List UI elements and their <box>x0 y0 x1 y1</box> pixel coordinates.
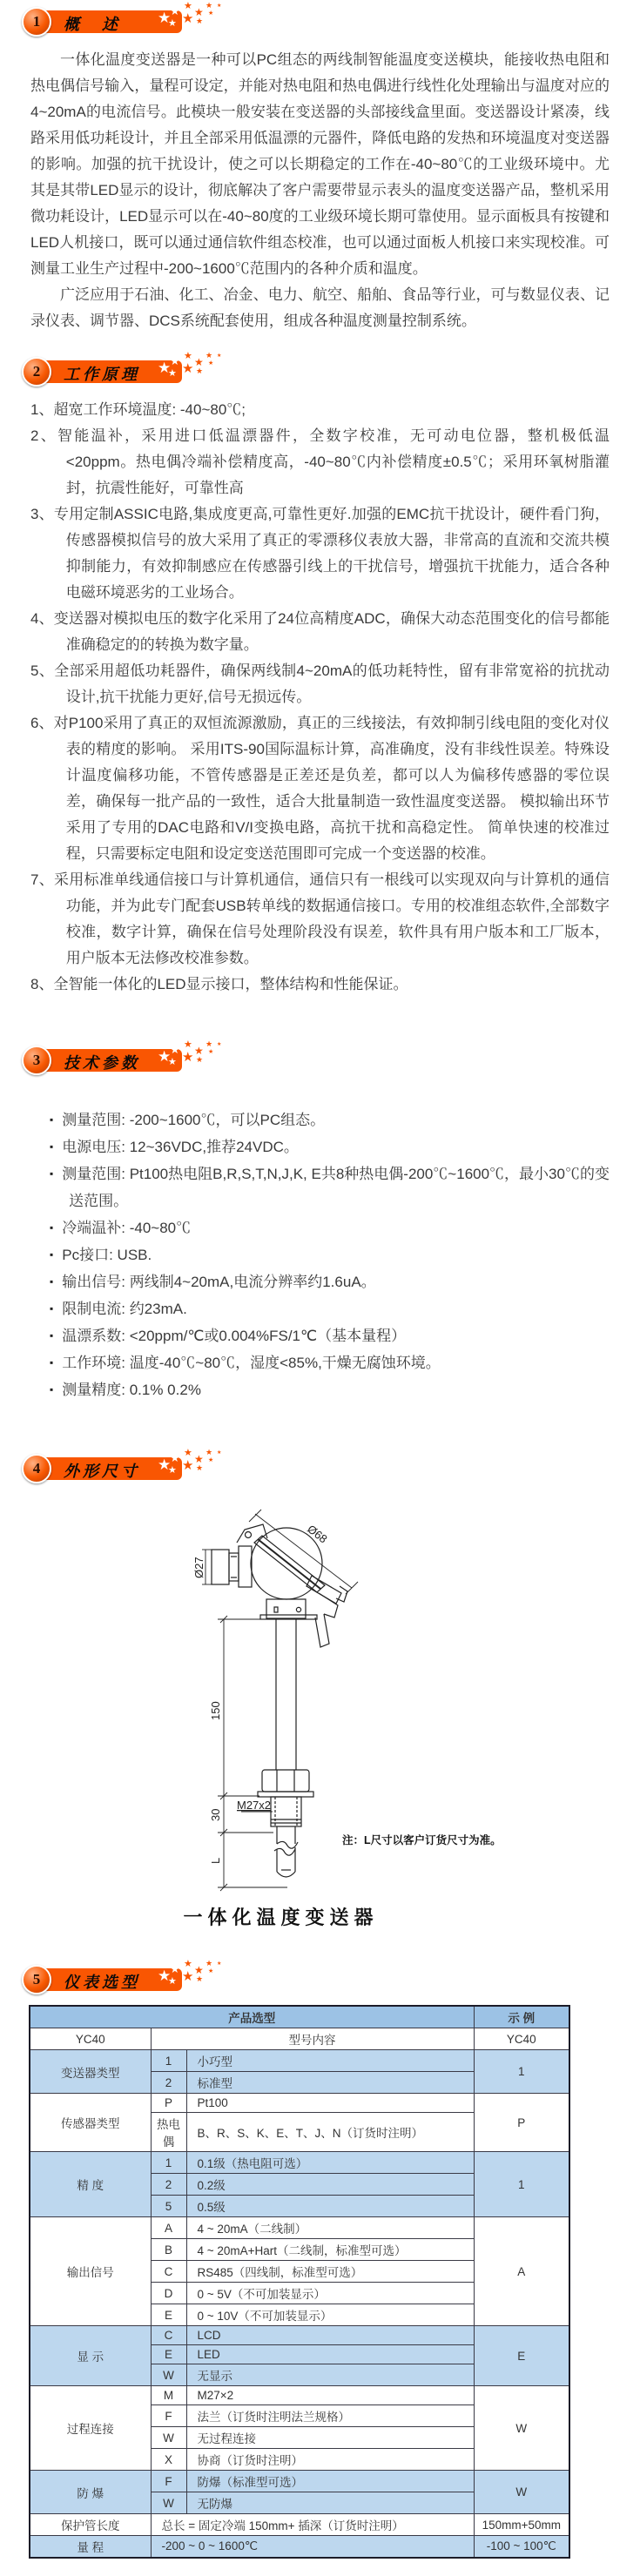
group-example: A <box>474 2217 569 2326</box>
section-header-overview: 1 概 述 ★ ★ ★ ★ ★ ★ ★ ★ ★ ★ <box>25 7 610 37</box>
option-code: A <box>151 2217 186 2239</box>
option-desc: LED <box>186 2345 474 2364</box>
option-desc: B、R、S、K、E、T、J、N（订货时注明） <box>186 2113 474 2152</box>
section-title: 仪表选型 <box>64 1970 140 1993</box>
option-desc: Pt100 <box>186 2094 474 2113</box>
option-desc: 0 ~ 10V（不可加装显示） <box>186 2304 474 2326</box>
option-desc: 小巧型 <box>186 2050 474 2072</box>
length-row-desc: 总长 = 固定冷端 150mm+ 插深（订货时注明） <box>151 2514 474 2536</box>
option-code: P <box>151 2094 186 2113</box>
star-icon: ★ <box>170 1044 180 1055</box>
section-number: 2 <box>33 363 41 380</box>
table-row: 量 程 -200 ~ 0 ~ 1600℃ -100 ~ 100℃ <box>30 2536 569 2559</box>
range-row-name: 量 程 <box>30 2536 151 2559</box>
model-example: YC40 <box>474 2028 569 2050</box>
section-number: 1 <box>33 13 41 30</box>
dim-label-L: L <box>209 1858 222 1864</box>
option-code: 1 <box>151 2050 186 2072</box>
group-name: 精 度 <box>30 2152 151 2217</box>
bullet-icon: ▪ <box>50 1248 53 1261</box>
group-name: 防 爆 <box>30 2471 151 2514</box>
option-code: B <box>151 2239 186 2261</box>
option-code: C <box>151 2326 186 2345</box>
principle-item: 7、采用标准单线通信接口与计算机通信，通信只有一根线可以实现双向与计算机的通信功… <box>30 867 610 972</box>
spec-item: ▪测量精度: 0.1% 0.2% <box>50 1376 610 1403</box>
option-desc: M27×2 <box>186 2386 474 2405</box>
option-code: 5 <box>151 2196 186 2217</box>
option-code: E <box>151 2345 186 2364</box>
spec-list: ▪测量范围: -200~1600℃，可以PC组态。 ▪电源电压: 12~36VD… <box>50 1106 610 1403</box>
section-number-badge: 4 <box>22 1454 51 1483</box>
table-row: 传感器类型 P Pt100 P <box>30 2094 569 2113</box>
table-row: 输出信号 A 4 ~ 20mA（二线制） A <box>30 2217 569 2239</box>
star-icon: ★ <box>217 3 221 9</box>
star-icon: ★ <box>205 352 212 360</box>
spec-text: 输出信号: 两线制4~20mA,电流分辨率约1.6uA。 <box>62 1274 375 1290</box>
option-code: F <box>151 2405 186 2427</box>
star-icon: ★ <box>208 1457 213 1463</box>
star-icon: ★ <box>196 17 203 25</box>
spec-item: ▪Pc接口: USB. <box>50 1241 610 1268</box>
dim-label-150: 150 <box>209 1701 222 1720</box>
section-number: 4 <box>33 1460 41 1477</box>
spec-text: 测量精度: 0.1% 0.2% <box>62 1382 201 1398</box>
group-example: P <box>474 2094 569 2152</box>
section-title: 技术参数 <box>64 1051 140 1073</box>
bullet-icon: ▪ <box>50 1329 53 1342</box>
group-example: 1 <box>474 2152 569 2217</box>
star-icon: ★ <box>170 1963 180 1974</box>
star-icon: ★ <box>168 1466 177 1476</box>
star-icon: ★ <box>170 355 180 367</box>
group-example: 1 <box>474 2050 569 2094</box>
principle-item: 6、对P100采用了真正的双恒流源激励，真正的三线接法，有效抑制引线电阻的变化对… <box>30 710 610 867</box>
principle-item: 3、专用定制ASSIC电路,集成度更高,可靠性更好.加强的EMC抗干扰设计，硬件… <box>30 501 610 606</box>
option-code: 1 <box>151 2152 186 2174</box>
drawing-note: 注：L尺寸以客户订货尺寸为准。 <box>342 1833 502 1846</box>
dim-label-head-diameter: Ø68 <box>305 1523 330 1546</box>
group-name: 输出信号 <box>30 2217 151 2326</box>
spec-text: 工作环境: 温度-40℃~80℃，湿度<85%,干燥无腐蚀环境。 <box>62 1355 441 1371</box>
option-desc: 4 ~ 20mA（二线制） <box>186 2217 474 2239</box>
group-name: 变送器类型 <box>30 2050 151 2094</box>
option-code: M <box>151 2386 186 2405</box>
option-desc: 协商（订货时注明） <box>186 2449 474 2471</box>
spec-item: ▪电源电压: 12~36VDC,推荐24VDC。 <box>50 1133 610 1160</box>
star-icon: ★ <box>208 360 213 367</box>
spec-item: ▪输出信号: 两线制4~20mA,电流分辨率约1.6uA。 <box>50 1268 610 1295</box>
star-icon: ★ <box>205 2 212 10</box>
section-number: 5 <box>33 1971 41 1988</box>
section-number-badge: 5 <box>22 1965 51 1994</box>
star-cluster-icon: ★ ★ ★ ★ ★ ★ ★ ★ ★ ★ <box>156 353 252 388</box>
table-row: 过程连接 M M27×2 W <box>30 2386 569 2405</box>
option-code: C <box>151 2261 186 2283</box>
transmitter-outline-drawing: Ø68 Ø27 150 30 L M27x2 注：L尺寸以客户订货尺寸为准。 <box>30 1496 610 1898</box>
star-icon: ★ <box>184 1960 192 1969</box>
star-icon: ★ <box>170 1452 180 1463</box>
group-name: 过程连接 <box>30 2386 151 2471</box>
star-icon: ★ <box>196 1975 203 1983</box>
section-number-badge: 3 <box>22 1046 51 1075</box>
star-icon: ★ <box>168 1058 177 1067</box>
star-icon: ★ <box>217 1042 221 1047</box>
star-icon: ★ <box>170 5 180 17</box>
table-row: 显 示 C LCD E <box>30 2326 569 2345</box>
star-icon: ★ <box>182 362 193 375</box>
section-number: 3 <box>33 1052 41 1069</box>
option-desc: 无过程连接 <box>186 2427 474 2449</box>
option-desc: 法兰（订货时注明法兰规格） <box>186 2405 474 2427</box>
spec-item: ▪测量范围: -200~1600℃，可以PC组态。 <box>50 1106 610 1133</box>
overview-paragraph-2: 广泛应用于石油、化工、冶金、电力、航空、船舶、食品等行业，可与数显仪表、记录仪表… <box>30 282 610 334</box>
star-icon: ★ <box>205 1960 212 1967</box>
spec-item: ▪冷端温补: -40~80℃ <box>50 1214 610 1241</box>
selection-table: 产品选型 示 例 YC40 型号内容 YC40 变送器类型 1 小巧型 1 2 … <box>29 2005 570 2559</box>
table-row: 产品选型 示 例 <box>30 2006 569 2028</box>
star-icon: ★ <box>205 1040 212 1048</box>
table-row: 变送器类型 1 小巧型 1 <box>30 2050 569 2072</box>
overview-paragraph-1: 一体化温度变送器是一种可以PC组态的两线制智能温度变送模块，能接收热电阻和热电偶… <box>30 47 610 282</box>
length-row-name: 保护管长度 <box>30 2514 151 2536</box>
bullet-icon: ▪ <box>50 1140 53 1153</box>
option-desc: RS485（四线制，标准型可选） <box>186 2261 474 2283</box>
star-icon: ★ <box>184 2 192 11</box>
star-icon: ★ <box>182 1970 193 1983</box>
principle-item: 4、变送器对模拟电压的数字化采用了24位高精度ADC，确保大动态范围变化的信号都… <box>30 606 610 658</box>
bullet-icon: ▪ <box>50 1356 53 1369</box>
group-example: W <box>474 2471 569 2514</box>
star-icon: ★ <box>196 1464 203 1472</box>
table-row: 防 爆 F 防爆（标准型可选） W <box>30 2471 569 2492</box>
star-icon: ★ <box>184 352 192 361</box>
spec-item: ▪测量范围: Pt100热电阻B,R,S,T,N,J,K, E共8种热电偶-20… <box>50 1160 610 1214</box>
principle-item: 5、全部采用超低功耗器件，确保两线制4~20mA的低功耗特性，留有非常宽裕的抗扰… <box>30 658 610 710</box>
option-code: E <box>151 2304 186 2326</box>
option-code: W <box>151 2427 186 2449</box>
spec-item: ▪温漂系数: <20ppm/℃或0.004%FS/1℃（基本量程） <box>50 1322 610 1349</box>
thread-label: M27x2 <box>237 1799 271 1812</box>
star-icon: ★ <box>205 1449 212 1456</box>
star-icon: ★ <box>168 369 177 379</box>
star-icon: ★ <box>168 19 177 29</box>
option-code: 2 <box>151 2174 186 2196</box>
option-desc: 防爆（标准型可选） <box>186 2471 474 2492</box>
star-icon: ★ <box>217 1450 221 1456</box>
option-desc: 标准型 <box>186 2072 474 2094</box>
option-desc: 0.1级（热电阻可选） <box>186 2152 474 2174</box>
model-code: YC40 <box>30 2028 151 2050</box>
option-desc: 0 ~ 5V（不可加装显示） <box>186 2283 474 2304</box>
option-code: X <box>151 2449 186 2471</box>
section-header-specs: 3 技术参数 ★ ★ ★ ★ ★ ★ ★ ★ ★ ★ <box>25 1046 610 1075</box>
option-desc: 4 ~ 20mA+Hart（二线制，标准型可选） <box>186 2239 474 2261</box>
spec-item: ▪限制电流: 约23mA. <box>50 1295 610 1322</box>
spec-text: 测量范围: Pt100热电阻B,R,S,T,N,J,K, E共8种热电偶-200… <box>62 1166 610 1209</box>
option-desc: 无防爆 <box>186 2492 474 2514</box>
section-header-principle: 2 工作原理 ★ ★ ★ ★ ★ ★ ★ ★ ★ ★ <box>25 357 610 387</box>
range-row-desc: -200 ~ 0 ~ 1600℃ <box>151 2536 474 2559</box>
star-icon: ★ <box>208 10 213 17</box>
star-icon: ★ <box>182 12 193 25</box>
bullet-icon: ▪ <box>50 1275 53 1288</box>
star-icon: ★ <box>184 1449 192 1458</box>
spec-text: 限制电流: 约23mA. <box>62 1301 187 1317</box>
range-row-example: -100 ~ 100℃ <box>474 2536 569 2559</box>
option-desc: 0.5级 <box>186 2196 474 2217</box>
bullet-icon: ▪ <box>50 1383 53 1396</box>
option-desc: LCD <box>186 2326 474 2345</box>
length-row-example: 150mm+50mm <box>474 2514 569 2536</box>
star-cluster-icon: ★ ★ ★ ★ ★ ★ ★ ★ ★ ★ <box>156 1042 252 1077</box>
star-icon: ★ <box>182 1459 193 1472</box>
example-header: 示 例 <box>474 2006 569 2028</box>
bullet-icon: ▪ <box>50 1167 53 1180</box>
drawing-caption: 一体化温度变送器 <box>30 1903 610 1930</box>
spec-item: ▪工作环境: 温度-40℃~80℃，湿度<85%,干燥无腐蚀环境。 <box>50 1349 610 1376</box>
dimension-drawing: Ø68 Ø27 150 30 L M27x2 注：L尺寸以客户订货尺寸为准。 一… <box>30 1496 610 1930</box>
group-example: E <box>474 2326 569 2386</box>
option-code: 2 <box>151 2072 186 2094</box>
bullet-icon: ▪ <box>50 1113 53 1126</box>
section-title: 概 述 <box>64 12 121 35</box>
dim-label-conn-diameter: Ø27 <box>192 1557 205 1578</box>
bullet-icon: ▪ <box>50 1302 53 1315</box>
group-example: W <box>474 2386 569 2471</box>
principle-item: 2、智能温补，采用进口低温漂器件，全数字校准，无可动电位器，整机极低温 <20p… <box>30 423 610 501</box>
star-icon: ★ <box>182 1051 193 1064</box>
star-icon: ★ <box>196 367 203 375</box>
star-icon: ★ <box>184 1040 192 1050</box>
star-icon: ★ <box>217 1961 221 1967</box>
spec-text: Pc接口: USB. <box>62 1247 152 1263</box>
datasheet-page: 1 概 述 ★ ★ ★ ★ ★ ★ ★ ★ ★ ★ 一体化温度变送器是一种可以P… <box>0 0 640 2576</box>
star-icon: ★ <box>208 1968 213 1974</box>
product-selection-header: 产品选型 <box>30 2006 474 2028</box>
section-number-badge: 1 <box>22 7 51 37</box>
dim-label-30: 30 <box>209 1809 222 1821</box>
table-row: YC40 型号内容 YC40 <box>30 2028 569 2050</box>
table-row: 保护管长度 总长 = 固定冷端 150mm+ 插深（订货时注明） 150mm+5… <box>30 2514 569 2536</box>
option-code: W <box>151 2492 186 2514</box>
star-cluster-icon: ★ ★ ★ ★ ★ ★ ★ ★ ★ ★ <box>156 1961 252 1996</box>
spec-text: 测量范围: -200~1600℃，可以PC组态。 <box>62 1112 325 1128</box>
option-desc: 0.2级 <box>186 2174 474 2196</box>
star-cluster-icon: ★ ★ ★ ★ ★ ★ ★ ★ ★ ★ <box>156 3 252 38</box>
option-code: W <box>151 2364 186 2386</box>
spec-text: 电源电压: 12~36VDC,推荐24VDC。 <box>62 1139 299 1155</box>
star-icon: ★ <box>208 1049 213 1055</box>
star-icon: ★ <box>217 353 221 359</box>
option-desc: 无显示 <box>186 2364 474 2386</box>
bullet-icon: ▪ <box>50 1221 53 1234</box>
option-code: D <box>151 2283 186 2304</box>
spec-text: 温漂系数: <20ppm/℃或0.004%FS/1℃（基本量程） <box>62 1328 406 1344</box>
section-title: 外形尺寸 <box>64 1459 140 1482</box>
group-name: 显 示 <box>30 2326 151 2386</box>
principle-list: 1、超宽工作环境温度: -40~80℃; 2、智能温补，采用进口低温漂器件，全数… <box>30 397 610 998</box>
star-cluster-icon: ★ ★ ★ ★ ★ ★ ★ ★ ★ ★ <box>156 1450 252 1485</box>
section-header-dimensions: 4 外形尺寸 ★ ★ ★ ★ ★ ★ ★ ★ ★ ★ <box>25 1454 610 1483</box>
section-title: 工作原理 <box>64 362 140 385</box>
section-number-badge: 2 <box>22 357 51 387</box>
table-row: 精 度 1 0.1级（热电阻可选） 1 <box>30 2152 569 2174</box>
model-content-label: 型号内容 <box>151 2028 474 2050</box>
group-name: 传感器类型 <box>30 2094 151 2152</box>
section-header-selection: 5 仪表选型 ★ ★ ★ ★ ★ ★ ★ ★ ★ ★ <box>25 1965 610 1994</box>
option-code: F <box>151 2471 186 2492</box>
spec-text: 冷端温补: -40~80℃ <box>62 1220 191 1236</box>
star-icon: ★ <box>196 1056 203 1064</box>
principle-item: 8、全智能一体化的LED显示接口，整体结构和性能保证。 <box>30 972 610 998</box>
option-code: 热电偶 <box>151 2113 186 2152</box>
principle-item: 1、超宽工作环境温度: -40~80℃; <box>30 397 610 423</box>
star-icon: ★ <box>168 1977 177 1987</box>
